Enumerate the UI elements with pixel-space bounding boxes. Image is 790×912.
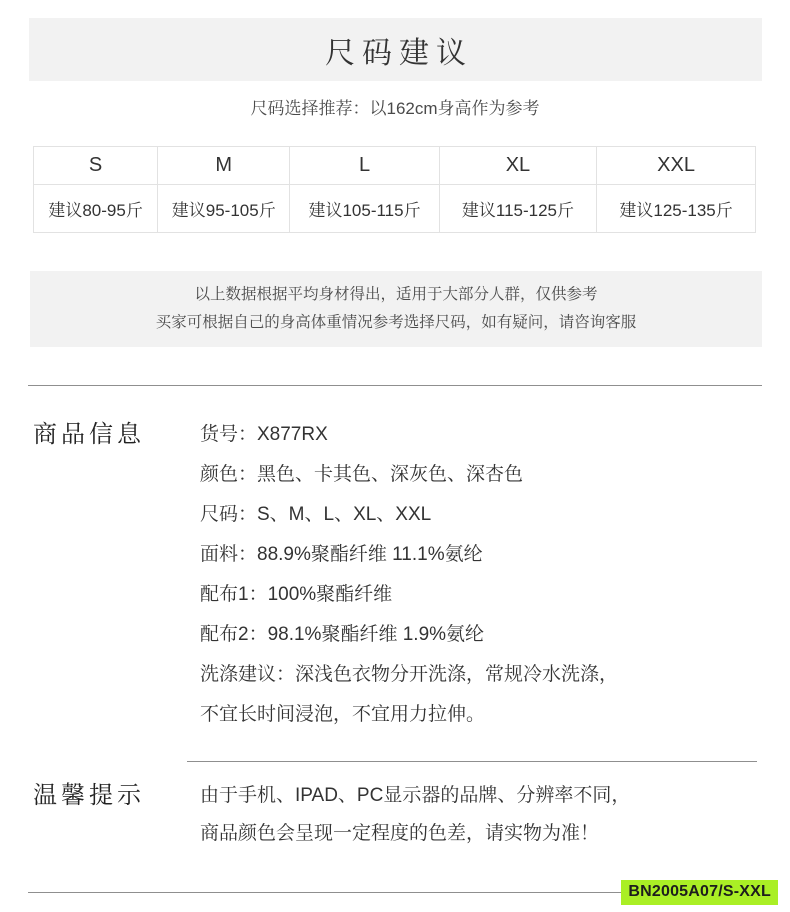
tips-line: 由于手机、IPAD、PC显示器的品牌、分辨率不同， bbox=[200, 777, 630, 815]
product-info-line: 不宜长时间浸泡，不宜用力拉伸。 bbox=[200, 695, 618, 735]
size-value-cell: 建议80-95斤 bbox=[34, 185, 158, 233]
size-header-cell: M bbox=[158, 147, 290, 185]
product-info-heading: 商品信息 bbox=[33, 415, 200, 735]
disclaimer-line: 买家可根据自己的身高体重情况参考选择尺码，如有疑问，请咨询客服 bbox=[156, 313, 637, 333]
product-info-section: 商品信息 货号：X877RX 颜色：黑色、卡其色、深灰色、深杏色 尺码：S、M、… bbox=[33, 415, 790, 735]
model-number-badge: BN2005A07/S-XXL bbox=[621, 880, 778, 905]
size-suggestion-banner: 尺码建议 bbox=[29, 18, 762, 81]
product-info-line: 尺码：S、M、L、XL、XXL bbox=[200, 495, 618, 535]
footer-divider bbox=[28, 892, 621, 893]
product-info-line: 配布2：98.1%聚酯纤维 1.9%氨纶 bbox=[200, 615, 618, 655]
size-table-container: S M L XL XXL 建议80-95斤 建议95-105斤 建议105-11… bbox=[33, 146, 756, 233]
page-title: 尺码建议 bbox=[318, 28, 473, 72]
size-value-cell: 建议105-115斤 bbox=[290, 185, 439, 233]
size-disclaimer-box: 以上数据根据平均身材得出，适用于大部分人群，仅供参考 买家可根据自己的身高体重情… bbox=[30, 271, 762, 347]
size-table-value-row: 建议80-95斤 建议95-105斤 建议105-115斤 建议115-125斤… bbox=[34, 185, 756, 233]
tips-divider bbox=[187, 761, 757, 762]
product-info-line: 配布1：100%聚酯纤维 bbox=[200, 575, 618, 615]
tips-heading: 温馨提示 bbox=[33, 777, 200, 853]
product-detail-page: 尺码建议 尺码选择推荐：以162cm身高作为参考 S M L XL XXL 建议… bbox=[0, 0, 790, 912]
size-header-cell: XXL bbox=[597, 147, 756, 185]
disclaimer-line: 以上数据根据平均身材得出，适用于大部分人群，仅供参考 bbox=[194, 285, 597, 305]
size-value-cell: 建议125-135斤 bbox=[597, 185, 756, 233]
product-info-line: 颜色：黑色、卡其色、深灰色、深杏色 bbox=[200, 455, 618, 495]
size-value-cell: 建议115-125斤 bbox=[439, 185, 596, 233]
size-header-cell: L bbox=[290, 147, 439, 185]
section-divider bbox=[28, 385, 762, 386]
footer-row: BN2005A07/S-XXL bbox=[28, 880, 778, 905]
size-value-cell: 建议95-105斤 bbox=[158, 185, 290, 233]
tips-body: 由于手机、IPAD、PC显示器的品牌、分辨率不同， 商品颜色会呈现一定程度的色差… bbox=[200, 777, 630, 853]
size-header-cell: S bbox=[34, 147, 158, 185]
product-info-line: 面料：88.9%聚酯纤维 11.1%氨纶 bbox=[200, 535, 618, 575]
size-table-header-row: S M L XL XXL bbox=[34, 147, 756, 185]
product-info-line: 货号：X877RX bbox=[200, 415, 618, 455]
tips-line: 商品颜色会呈现一定程度的色差，请实物为准！ bbox=[200, 815, 630, 853]
product-info-line: 洗涤建议：深浅色衣物分开洗涤，常规冷水洗涤， bbox=[200, 655, 618, 695]
size-reference-subtitle: 尺码选择推荐：以162cm身高作为参考 bbox=[0, 94, 790, 119]
size-table: S M L XL XXL 建议80-95斤 建议95-105斤 建议105-11… bbox=[33, 146, 756, 233]
product-info-body: 货号：X877RX 颜色：黑色、卡其色、深灰色、深杏色 尺码：S、M、L、XL、… bbox=[200, 415, 618, 735]
tips-section: 温馨提示 由于手机、IPAD、PC显示器的品牌、分辨率不同， 商品颜色会呈现一定… bbox=[33, 777, 790, 853]
size-header-cell: XL bbox=[439, 147, 596, 185]
